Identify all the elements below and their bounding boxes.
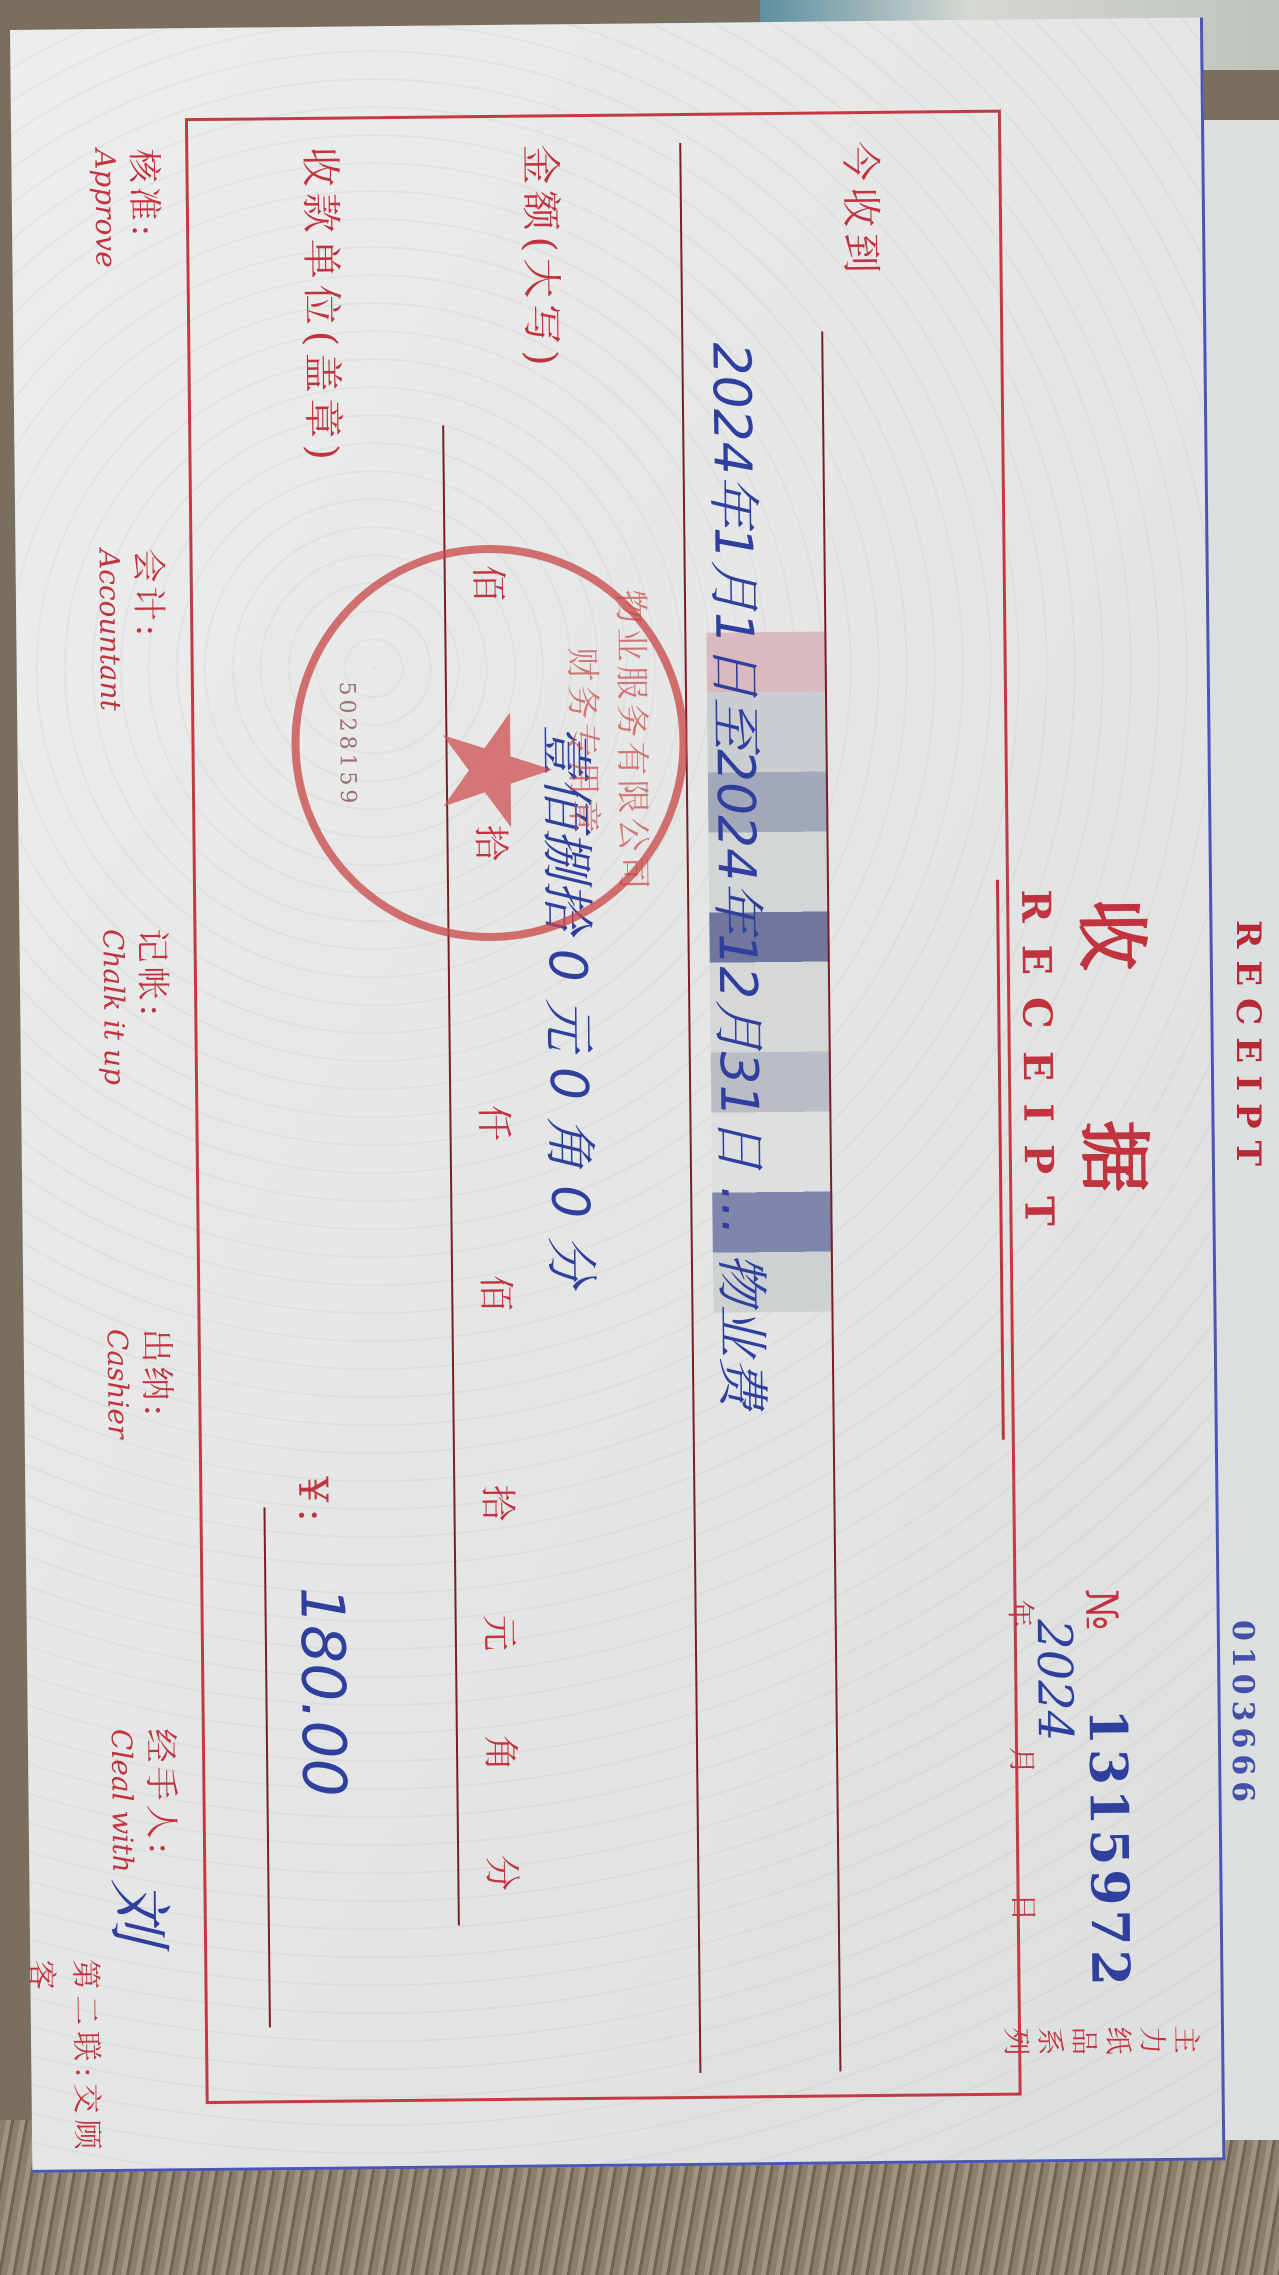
number-label: №: [1075, 1588, 1126, 1630]
handler-label-en: Cleal with: [105, 1729, 140, 1873]
chalk-label-en: Chalk it up: [96, 929, 131, 1085]
approve-label: 核准:: [122, 148, 172, 240]
back-receipt-title: RECEIPT: [1228, 920, 1268, 1178]
amount-words-label: 金额(大写): [514, 144, 573, 372]
handler-label: 经手人:: [139, 1728, 189, 1858]
receipt-number: 1315972: [1077, 1708, 1141, 1990]
chalk-label: 记帐:: [130, 928, 180, 1020]
approve-label-en: Approve: [88, 149, 122, 268]
seal-star-icon: ★: [419, 702, 570, 838]
cashier-label-en: Cashier: [101, 1329, 135, 1439]
handler-signature: 刘: [97, 1878, 190, 1943]
purpose-handwritten: 2024年1月1日至2024年12月31日 ... 物业费: [698, 342, 784, 1409]
unit-fen: 分: [478, 1855, 529, 1892]
receipt-paper: 主力纸品系列 收据 RECEIPT № 1315972 2024 年 月 日 今…: [10, 18, 1225, 2173]
receipt-content: 主力纸品系列 收据 RECEIPT № 1315972 2024 年 月 日 今…: [10, 18, 1222, 2170]
unit-qian: 仟: [470, 1105, 521, 1142]
receipt-title-cn: 收据: [1065, 898, 1174, 1343]
company-seal: 物业服务有限公司 财务专用章 ★ 5028159: [289, 543, 689, 943]
amount-figure-label: ¥:: [289, 1477, 336, 1528]
accountant-label: 会计:: [126, 548, 176, 640]
amount-figure-handwritten: 180.00: [286, 1586, 358, 1797]
payee-label: 收款单位(盖章): [294, 146, 354, 466]
unit-yuan: 元: [476, 1615, 527, 1652]
cashier-label: 出纳:: [135, 1328, 185, 1420]
accountant-label-en: Accountant: [92, 549, 127, 711]
copy-label: 第二联:交顾客: [22, 1959, 112, 2170]
seal-number: 5028159: [333, 624, 361, 864]
unit-shi-2: 拾: [474, 1485, 525, 1522]
received-from-label: 今收到: [834, 141, 892, 280]
receipt-title-en: RECEIPT: [1012, 889, 1063, 1248]
back-receipt-number: 0103666: [1225, 1620, 1260, 1808]
unit-bai-2: 佰: [472, 1275, 523, 1312]
unit-jiao: 角: [477, 1735, 528, 1772]
